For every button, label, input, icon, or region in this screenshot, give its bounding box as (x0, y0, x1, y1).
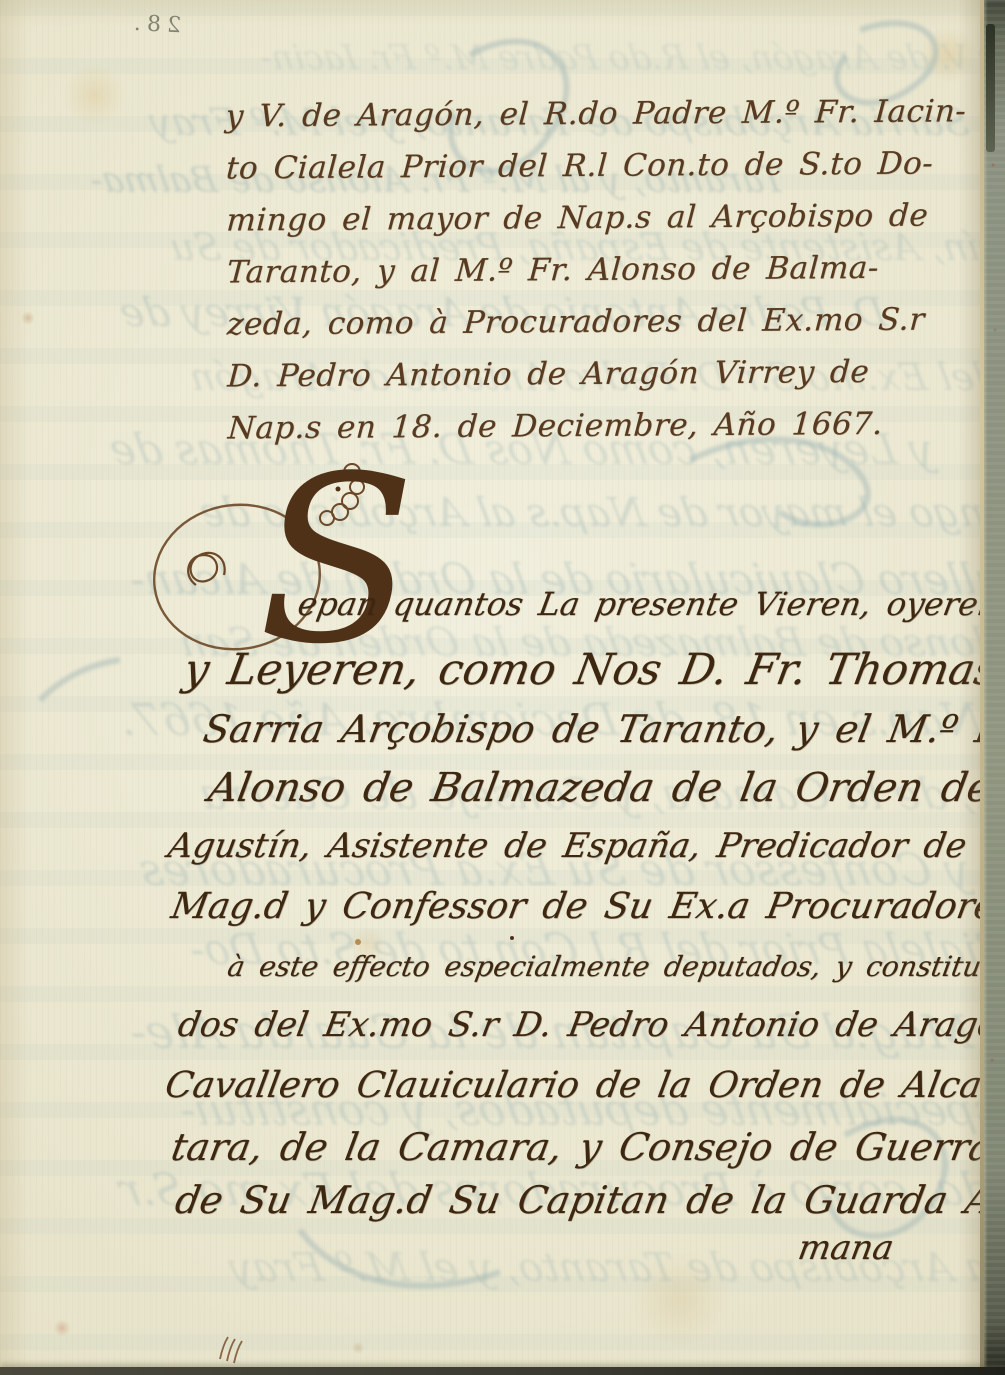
heading-block: y V. de Aragón, el R.do Padre M.º Fr. Ia… (224, 86, 937, 455)
manuscript-line: de Su Mag.d Su Capitan de la Guarda Ale- (172, 1178, 1005, 1222)
manuscript-line: Alonso de Balmazeda de la Orden de San (205, 765, 1005, 811)
catchword: mana (795, 1228, 897, 1268)
folio-number-bleedthrough: 28. (127, 11, 181, 39)
pen-trial-mark (220, 1337, 242, 1363)
manuscript-line: à este effecto especialmente deputados, … (225, 950, 1002, 983)
manuscript-line: Mag.d y Confessor de Su Ex.a Procuradore… (168, 886, 1005, 927)
book-edge-dark-segment (986, 24, 995, 152)
heading-line: to Cialela Prior del R.l Con.to de S.to … (224, 137, 937, 194)
manuscript-line: epan quantos La presente Vieren, oyeren, (295, 585, 1005, 623)
manuscript-line: Agustín, Asistente de España, Predicador… (165, 826, 1005, 866)
manuscript-line: Cavallero Clauiculario de la Orden de Al… (162, 1065, 1005, 1106)
heading-line: D. Pedro Antonio de Aragón Virrey de (226, 345, 939, 402)
heading-line: Nap.s en 18. de Deciembre, Año 1667. (226, 397, 939, 454)
bleedthrough-script-line: y V. de Aragón, el R.do Padre M.º Fr. Ia… (256, 38, 1002, 78)
manuscript-line: y Leyeren, como Nos D. Fr. Thomas de (180, 645, 1005, 695)
manuscript-line: Sarria Arçobispo de Taranto, y el M.º Fr… (200, 707, 1005, 751)
book-page-edges (984, 0, 1005, 1375)
bleedthrough-script-line: mingo el mayor de Nap.s al Arçobispo de (196, 490, 1005, 536)
manuscript-page: y V. de Aragón, el R.do Padre M.º Fr. Ia… (0, 0, 1005, 1375)
manuscript-line: dos del Ex.mo S.r D. Pedro Antonio de Ar… (175, 1005, 1005, 1045)
heading-line: y V. de Aragón, el R.do Padre M.º Fr. Ia… (224, 86, 937, 143)
heading-line: mingo el mayor de Nap.s al Arçobispo de (225, 189, 938, 246)
manuscript-line: tara, de la Camara, y Consejo de Guerra (168, 1125, 996, 1169)
book-bottom-edge (0, 1367, 1005, 1375)
heading-line: zeda, como à Procuradores del Ex.mo S.r (226, 293, 939, 350)
heading-line: Taranto, y al M.º Fr. Alonso de Balma- (225, 241, 938, 298)
page-edge-shadow (958, 0, 980, 1375)
